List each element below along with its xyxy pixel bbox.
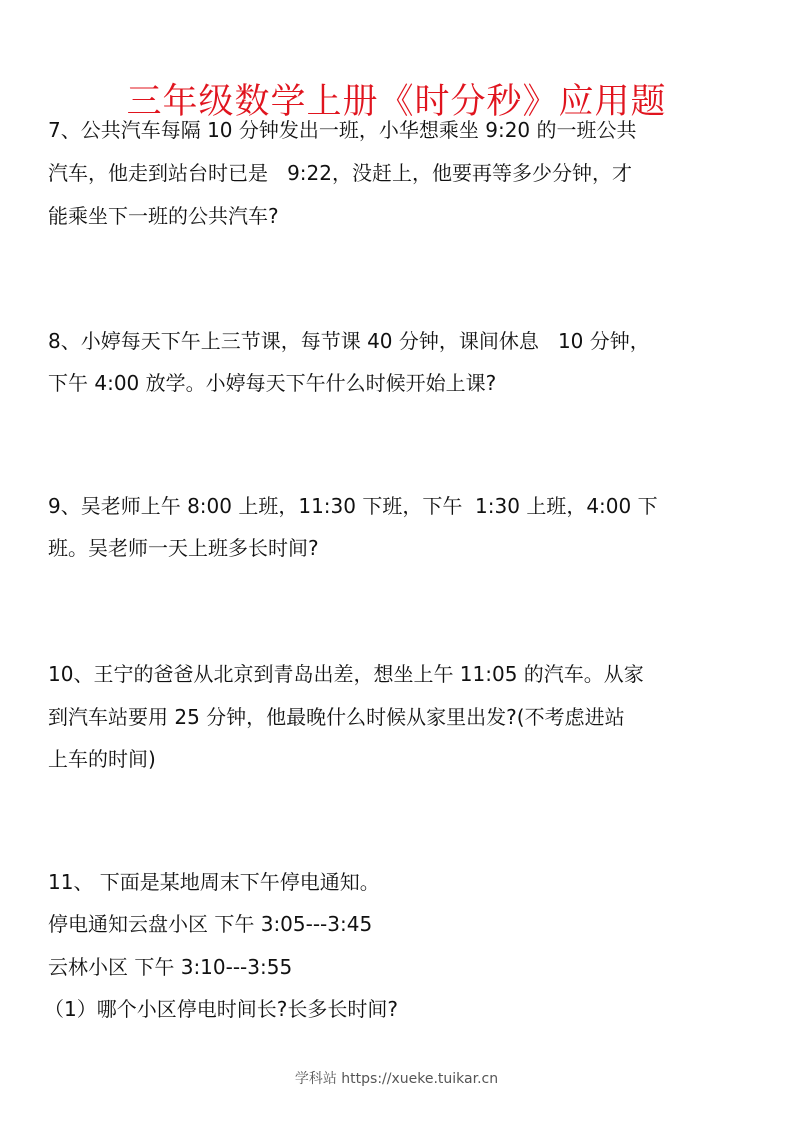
question-11-line-4: （1）哪个小区停电时间长?长多长时间? [44, 995, 398, 1023]
question-8-line-1: 8、小婷每天下午上三节课，每节课 40 分钟，课间休息 10 分钟， [48, 327, 650, 355]
question-11-line-2: 停电通知云盘小区 下午 3:05---3:45 [48, 910, 372, 938]
question-7-line-2: 汽车，他走到站台时已是 9:22，没赶上，他要再等多少分钟，才 [48, 159, 632, 187]
question-9-line-2: 班。吴老师一天上班多长时间? [48, 534, 319, 562]
question-9-line-1: 9、吴老师上午 8:00 上班，11:30 下班，下午 1:30 上班，4:00… [48, 492, 658, 520]
question-8-line-2: 下午 4:00 放学。小婷每天下午什么时候开始上课? [48, 369, 496, 397]
question-7-line-1: 7、公共汽车每隔 10 分钟发出一班，小华想乘坐 9:20 的一班公共 [48, 116, 637, 144]
question-10-line-2: 到汽车站要用 25 分钟，他最晚什么时候从家里出发?(不考虑进站 [48, 703, 625, 731]
question-10-line-3: 上车的时间) [48, 745, 156, 773]
question-7-line-3: 能乘坐下一班的公共汽车? [48, 202, 279, 230]
question-10-line-1: 10、王宁的爸爸从北京到青岛出差，想坐上午 11:05 的汽车。从家 [48, 660, 644, 688]
question-11-line-1: 11、 下面是某地周末下午停电通知。 [48, 868, 380, 896]
question-11-line-3: 云林小区 下午 3:10---3:55 [48, 953, 292, 981]
footer-watermark: 学科站 https://xueke.tuikar.cn [0, 1069, 793, 1089]
